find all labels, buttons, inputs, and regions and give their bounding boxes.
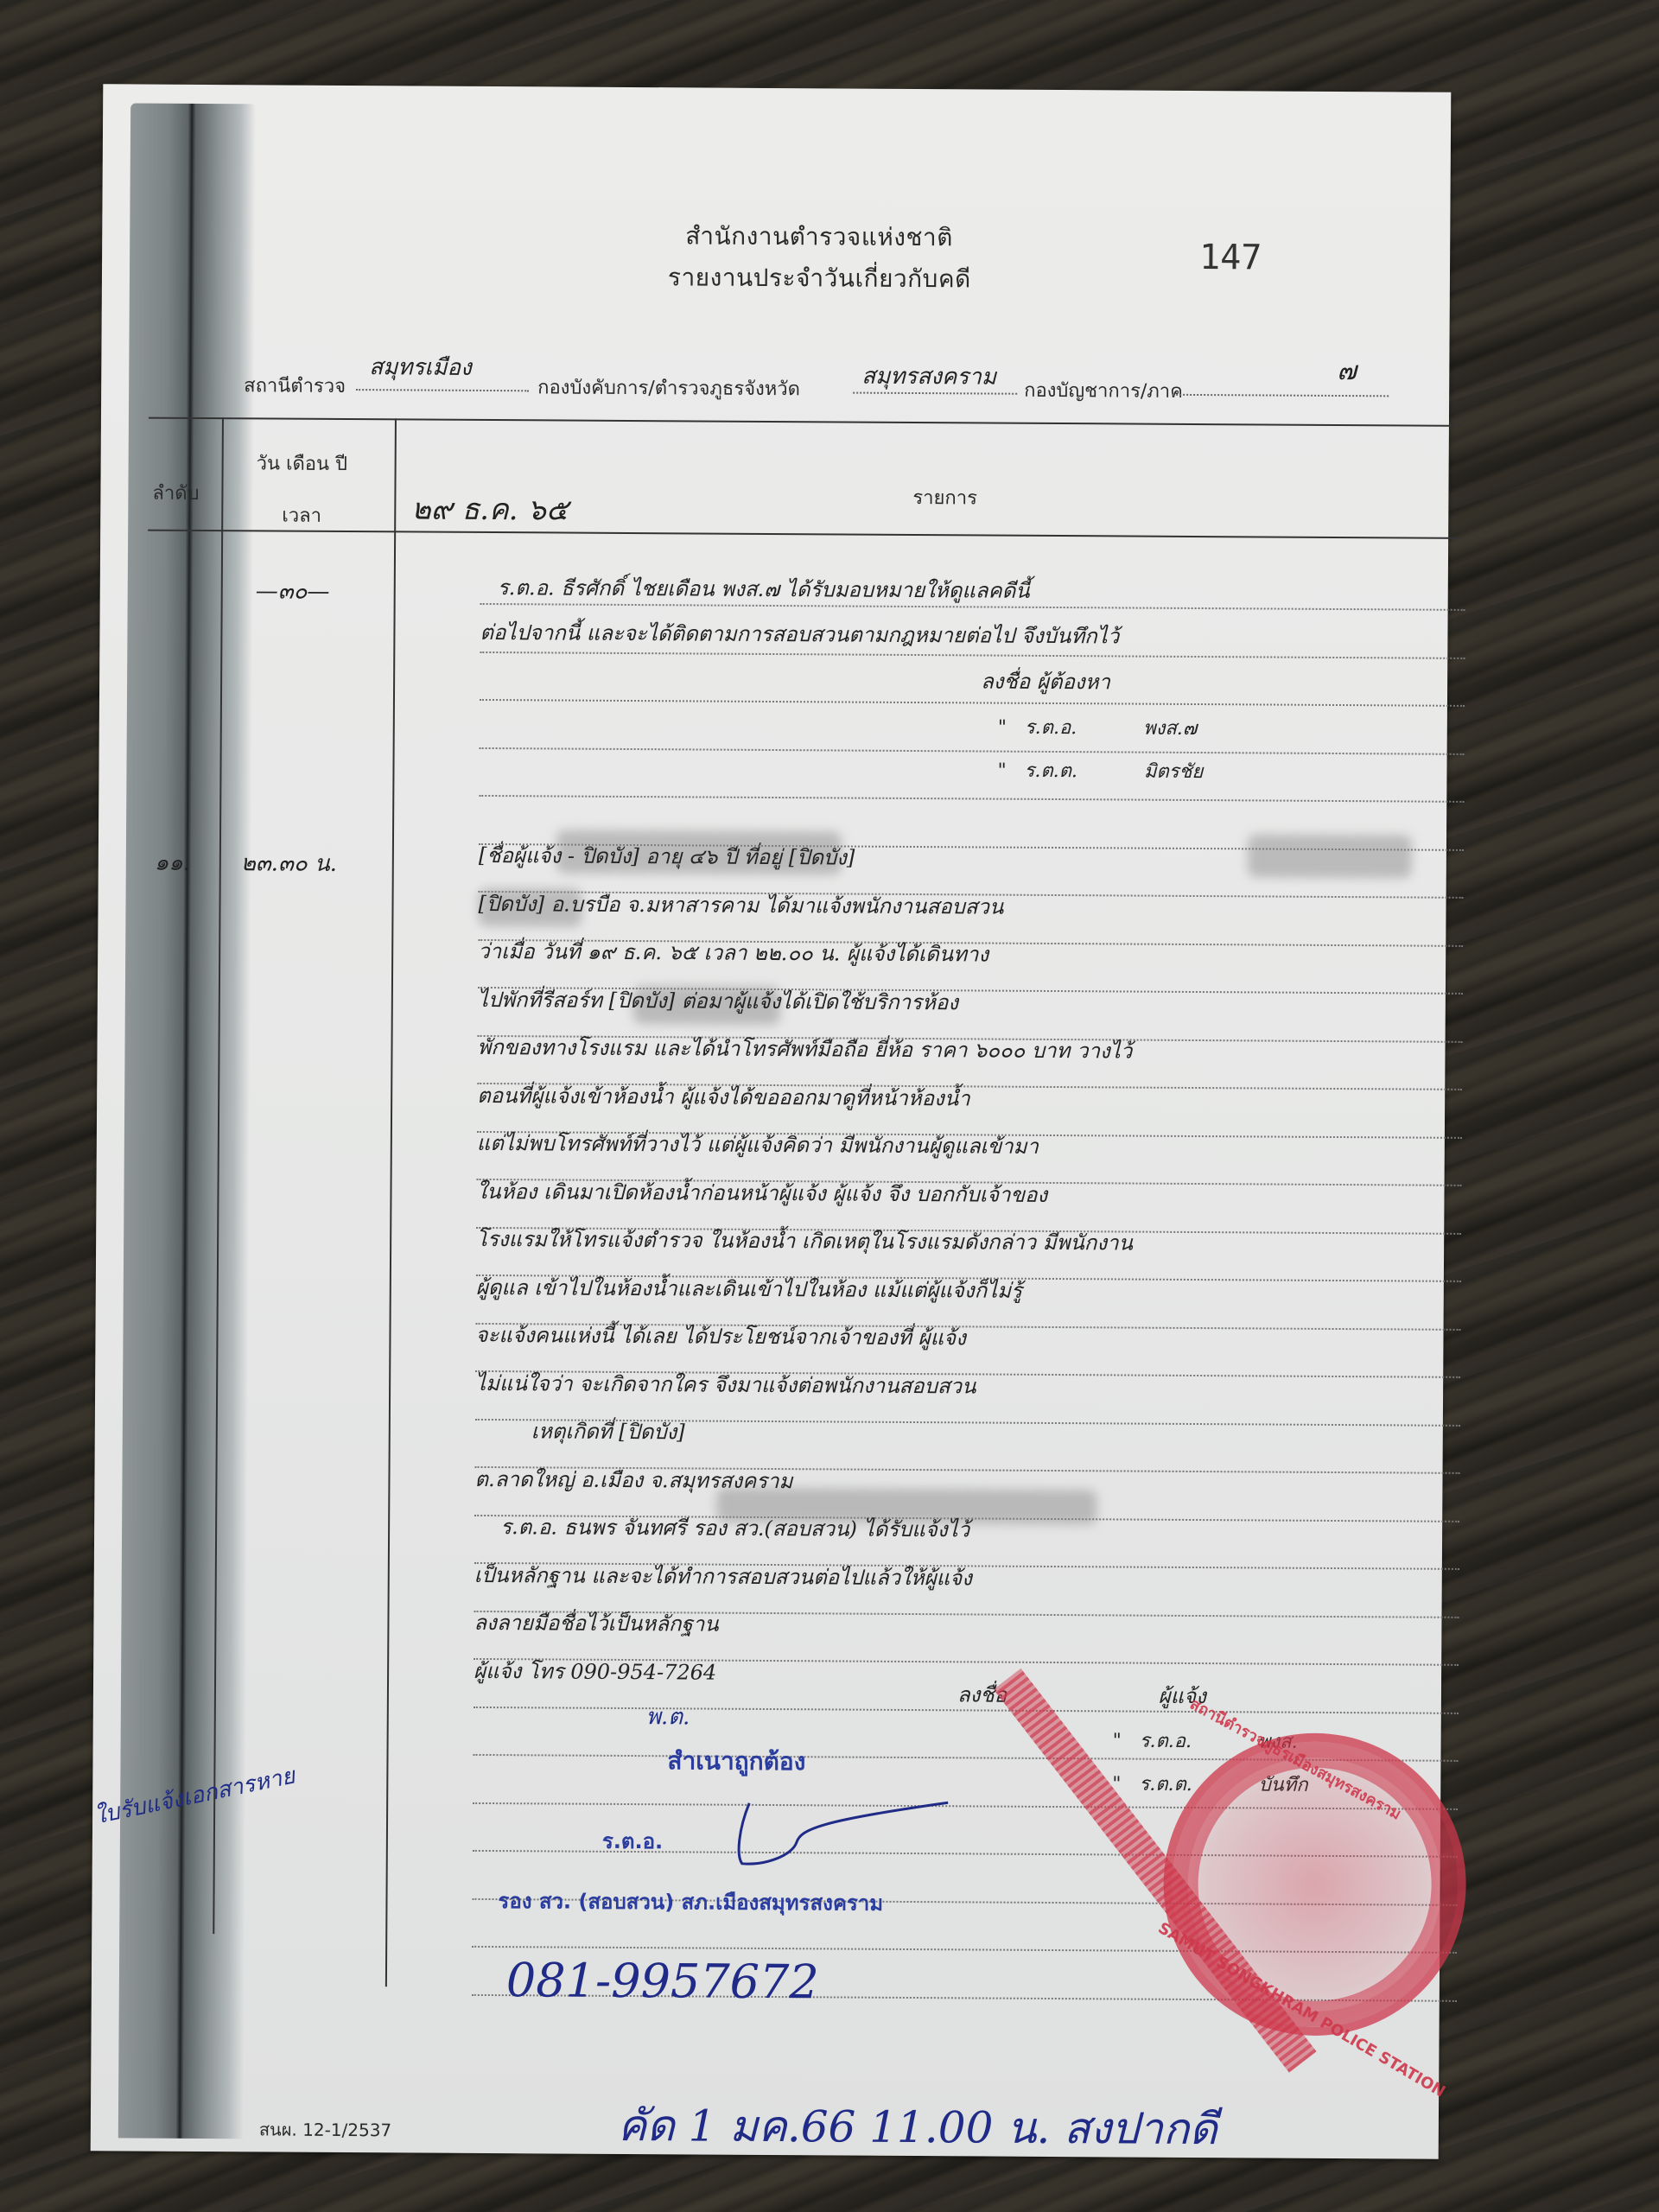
- page-number: 147: [1199, 238, 1262, 277]
- ruled-line: [480, 699, 1465, 707]
- copy-certified-stamp: สำเนาถูกต้อง: [667, 1742, 805, 1781]
- entry-2-line: ลงลายมือชื่อไว้เป็นหลักฐาน: [474, 1605, 718, 1641]
- column-header-date: วัน เดือน ปี: [257, 448, 348, 479]
- report-title: รายงานประจำวันเกี่ยวกับคดี: [668, 258, 971, 298]
- binding-strip: [118, 103, 256, 2139]
- entry-2-line: แต่ไม่พบโทรศัพท์ที่วางไว้ แต่ผู้แจ้งคิดว…: [477, 1126, 1039, 1163]
- issued-note: คัด 1 มค.66 11.00 น. สงปากดี: [618, 2092, 1217, 2164]
- entry-2-line: [ชื่อผู้แจ้ง - ปิดบัง] อายุ ๔๖ ปี ที่อยู…: [479, 838, 855, 874]
- entry-2-line: ผู้ดูแล เข้าไปในห้องน้ำและเดินเข้าไปในห้…: [476, 1269, 1022, 1306]
- entry-2-line: โรงแรมให้โทรแจ้งตำรวจ ในห้องน้ำ เกิดเหตุ…: [476, 1222, 1133, 1260]
- entry-1-line-1: ร.ต.อ. ธีรศักดิ์ ไชยเดือน พงส.๗ ได้รับมอ…: [498, 570, 1030, 607]
- entry-2-line: พักของทางโรงแรม และได้นำโทรศัพท์มือถือ ย…: [477, 1030, 1132, 1068]
- form-code: สนผ. 12-1/2537: [259, 2115, 392, 2144]
- station-dots: [356, 388, 529, 391]
- province-label: กองบังคับการ/ตำรวจภูธรจังหวัด: [537, 372, 800, 404]
- entry-1-line-2: ต่อไปจากนี้ และจะได้ติดตามการสอบสวนตามกฎ…: [480, 615, 1119, 653]
- entry-2-line: ในห้อง เดินมาเปิดห้องน้ำก่อนหน้าผู้แจ้ง …: [476, 1173, 1047, 1211]
- entry-2-line: ร.ต.อ. ธนพร จันทศรี รอง สว.(สอบสวน) ได้ร…: [500, 1510, 969, 1546]
- sig-rank: ร.ต.อ.: [1025, 717, 1077, 739]
- entry-2-lines: [ชื่อผู้แจ้ง - ปิดบัง] อายุ ๔๖ ปี ที่อยู…: [103, 84, 1451, 92]
- column-header-time: เวลา: [282, 500, 321, 531]
- police-report-page: สำนักงานตำรวจแห่งชาติ รายงานประจำวันเกี่…: [91, 84, 1452, 2158]
- agency-title: สำนักงานตำรวจแห่งชาติ: [685, 217, 953, 257]
- certifier-signature: [732, 1795, 957, 1874]
- station-label: สถานีตำรวจ: [244, 370, 346, 401]
- ruled-lines: [103, 84, 1451, 92]
- station-value: สมุทรเมือง: [369, 349, 472, 385]
- column-header-seq: ลำดับ: [152, 478, 199, 508]
- entry-2-line: ว่าเมื่อ วันที่ ๑๙ ธ.ค. ๖๕ เวลา ๒๒.๐๐ น.…: [478, 934, 988, 971]
- province-value: สมุทรสงคราม: [861, 359, 996, 395]
- entry-2-line: เหตุเกิดที่ [ปิดบัง]: [531, 1414, 685, 1448]
- entry-2-line: [ปิดบัง] อ.บรบือ จ.มหาสารคาม ได้มาแจ้งพน…: [478, 886, 1003, 923]
- entry-2-line: ไม่แน่ใจว่า จะเกิดจากใคร จึงมาแจ้งต่อพนั…: [475, 1365, 976, 1402]
- entry-2-line: เป็นหลักฐาน และจะได้ทำการสอบสวนต่อไปแล้ว…: [474, 1557, 972, 1594]
- table-top-border: [149, 417, 1462, 427]
- sig-role: มิตรชัย: [1144, 761, 1204, 783]
- ruled-line: [480, 747, 1465, 754]
- sig-rank: ร.ต.อ.: [1140, 1731, 1192, 1752]
- entry-2-line: ไปพักที่รีสอร์ท [ปิดบัง] ต่อมาผู้แจ้งได้…: [478, 982, 958, 1018]
- sig-role: พงส.๗: [1143, 718, 1197, 740]
- entry-2-line: ต.ลาดใหญ่ อ.เมือง จ.สมุทรสงคราม: [474, 1461, 792, 1497]
- entry-1-time: —๓๐—: [256, 573, 330, 609]
- entry-2-signature-1: ลงชื่อ ผู้แจ้ง: [957, 1677, 1206, 1713]
- header-date-handwritten: ๒๙ ธ.ค. ๖๕: [411, 485, 569, 532]
- table-header-bottom-border: [148, 530, 1461, 539]
- ruled-line: [480, 651, 1465, 658]
- region-dots: [1173, 393, 1389, 397]
- sig-mark: ": [1113, 1730, 1122, 1751]
- entry-2-seq: ๑๑.: [155, 845, 191, 880]
- region-label: กองบัญชาการ/ภาค: [1024, 375, 1183, 406]
- entry-2-line: ผู้แจ้ง โทร 090-954-7264: [474, 1653, 716, 1688]
- sig-mark: ": [997, 760, 1006, 782]
- region-value: ๗: [1337, 351, 1357, 391]
- certifier-position: รอง สว. (สอบสวน) สภ.เมืองสมุทรสงคราม: [498, 1884, 883, 1920]
- entry-2-line: ตอนที่ผู้แจ้งเข้าห้องน้ำ ผู้แจ้งได้ขอออก…: [477, 1077, 970, 1114]
- entry-2-line: จะแจ้งคนแห่งนี้ ได้เลย ได้ประโยชน์จากเจ้…: [475, 1318, 966, 1354]
- column-header-details: รายการ: [912, 482, 977, 512]
- column-divider-date: [385, 418, 397, 1986]
- entry-2-time: ๒๓.๓๐ น.: [241, 845, 337, 881]
- entry-1-signature-2: " ร.ต.ต. มิตรชัย: [997, 755, 1203, 786]
- sig-rank: ร.ต.ต.: [1139, 1774, 1192, 1796]
- entry-1-line-3: ลงชื่อ ผู้ต้องหา: [981, 664, 1110, 698]
- certifier-rank: ร.ต.อ.: [602, 1824, 663, 1858]
- certified-initial: พ.ต.: [646, 1699, 690, 1734]
- redacted-address: [1248, 834, 1412, 878]
- sig-rank: ร.ต.ต.: [1025, 760, 1078, 782]
- sig-mark: ": [998, 717, 1007, 739]
- entry-1-signature-1: " ร.ต.อ. พงส.๗: [998, 712, 1198, 743]
- ruled-line: [479, 795, 1464, 803]
- phone-note: 081-9957672: [506, 1953, 819, 2009]
